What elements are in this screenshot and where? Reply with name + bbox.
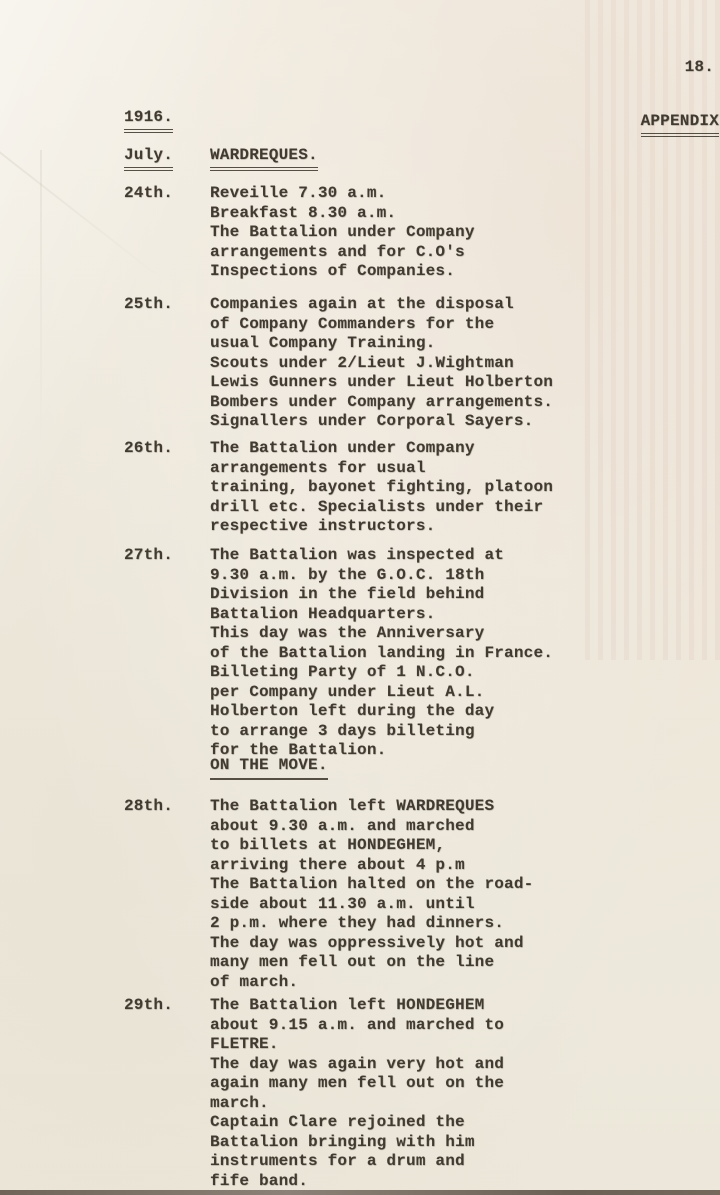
paper-crease <box>40 150 42 450</box>
entry-date: 24th. <box>124 184 173 204</box>
scan-streak-texture <box>585 0 720 660</box>
entry-body: The Battalion was inspected at 9.30 a.m.… <box>210 546 553 761</box>
entry-date: 28th. <box>124 797 173 817</box>
entry-body: The Battalion under Company arrangements… <box>210 439 553 537</box>
entry-body: The Battalion left HONDEGHEM about 9.15 … <box>210 996 504 1191</box>
appendix-label: APPENDIX <box>641 112 719 137</box>
year-heading: 1916. <box>124 108 173 133</box>
month-label: July. <box>124 146 173 171</box>
section-heading-on-the-move: ON THE MOVE. <box>210 756 328 780</box>
page-number: 18. <box>685 58 714 78</box>
document-page: 18. APPENDIX 1916. July. WARDREQUES. 24t… <box>0 0 720 1195</box>
entry-date: 29th. <box>124 996 173 1016</box>
scan-bottom-edge <box>0 1190 720 1195</box>
entry-date: 25th. <box>124 295 173 315</box>
entry-date: 27th. <box>124 546 173 566</box>
entry-date: 26th. <box>124 439 173 459</box>
entry-body: Companies again at the disposal of Compa… <box>210 295 553 432</box>
location-heading: WARDREQUES. <box>210 146 318 171</box>
entry-body: Reveille 7.30 a.m. Breakfast 8.30 a.m. T… <box>210 184 475 282</box>
entry-body: The Battalion left WARDREQUES about 9.30… <box>210 797 533 992</box>
